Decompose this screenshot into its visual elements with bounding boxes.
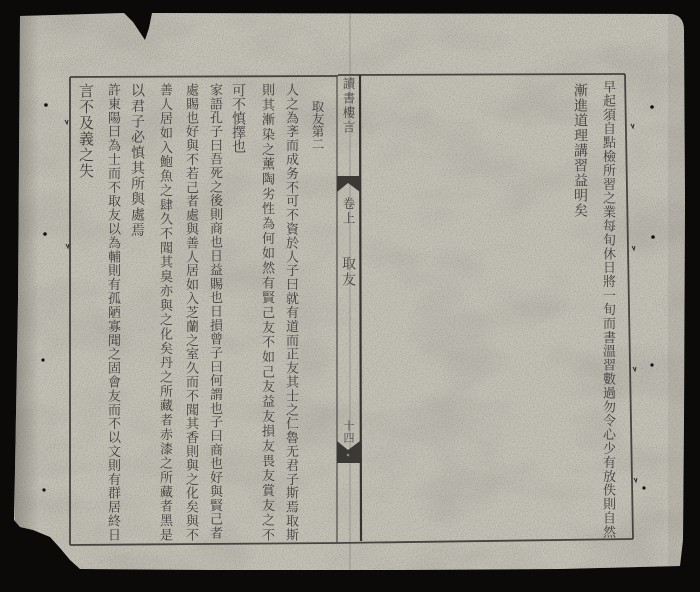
scanned-leaf — [0, 0, 700, 592]
